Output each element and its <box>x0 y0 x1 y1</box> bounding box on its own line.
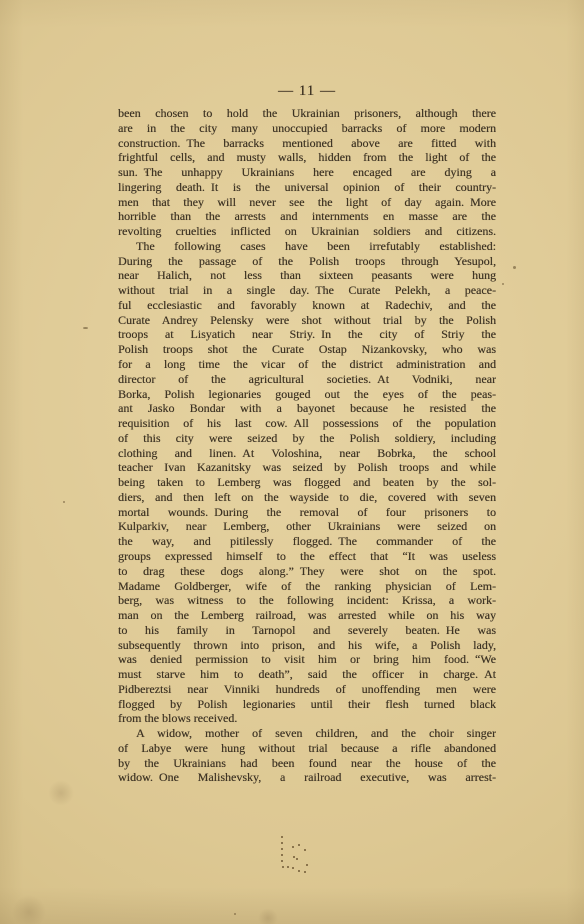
scan-smudge <box>12 895 46 924</box>
text-line: lingering death. It is the universal opi… <box>118 180 496 195</box>
text-line: men that they will never see the light o… <box>118 195 496 210</box>
stamp-dot <box>296 858 298 860</box>
text-line: Curate Andrey Pelensky were shot without… <box>118 313 496 328</box>
paragraph: The following cases have been irrefutabl… <box>118 239 496 726</box>
scan-smudge <box>48 780 74 806</box>
text-line: to drag these dogs along.” They were sho… <box>118 564 496 579</box>
scan-speck <box>83 327 88 329</box>
text-line: Polish troops shot the Curate Ostap Niza… <box>118 342 496 357</box>
stamp-dot <box>287 866 289 868</box>
text-line: mortal wounds. During the removal of fou… <box>118 505 496 520</box>
text-line: subsequently thrown into prison, and his… <box>118 638 496 653</box>
text-line: frightful cells, and musty walls, hidden… <box>118 150 496 165</box>
text-line: by the Ukrainians had been found near th… <box>118 756 496 771</box>
text-line: of Labye were hung without trial because… <box>118 741 496 756</box>
paragraph: A widow, mother of seven children, and t… <box>118 726 496 785</box>
text-line: During the passage of the Polish troops … <box>118 254 496 269</box>
scanned-book-page: — 11 — been chosen to hold the Ukrainian… <box>0 0 584 924</box>
text-line: man on the Lemberg railroad, was arreste… <box>118 608 496 623</box>
text-line: A widow, mother of seven children, and t… <box>118 726 496 741</box>
text-line: Pidbereztsi near Vinniki hundreds of uno… <box>118 682 496 697</box>
text-line: been chosen to hold the Ukrainian prison… <box>118 106 496 121</box>
text-line: director of the agricultural societies. … <box>118 372 496 387</box>
stamp-dot <box>281 854 283 856</box>
text-line: flogged by Polish legionaries until thei… <box>118 697 496 712</box>
text-line: ant Jasko Bondar with a bayonet because … <box>118 401 496 416</box>
stamp-dot <box>281 860 283 862</box>
text-line: widow. One Malishevsky, a railroad execu… <box>118 770 496 785</box>
text-line: without trial in a single day. The Curat… <box>118 283 496 298</box>
scan-speck <box>502 283 504 285</box>
stamp-dot <box>281 848 283 850</box>
stamp-dot <box>298 870 300 872</box>
text-line: requisition of his last cow. All possess… <box>118 416 496 431</box>
text-line: the way, and pitilessly flogged. The com… <box>118 534 496 549</box>
text-line: clothing and linen. At Voloshina, near B… <box>118 446 496 461</box>
scan-speck <box>145 171 147 173</box>
text-line: The following cases have been irrefutabl… <box>118 239 496 254</box>
text-line: sun. The unhappy Ukrainians here encaged… <box>118 165 496 180</box>
stamp-dot <box>292 846 294 848</box>
text-line: ful ecclesiastic and favorably known at … <box>118 298 496 313</box>
text-line: troops at Lisyatich near Striy. In the c… <box>118 327 496 342</box>
text-line: for a long time the vicar of the distric… <box>118 357 496 372</box>
text-line: horrible than the arrests and internment… <box>118 209 496 224</box>
paragraph: been chosen to hold the Ukrainian prison… <box>118 106 496 239</box>
page-number: — 11 — <box>118 83 496 100</box>
text-line: Madame Goldberger, wife of the ranking p… <box>118 579 496 594</box>
scan-speck <box>513 266 516 269</box>
text-block: been chosen to hold the Ukrainian prison… <box>118 106 496 785</box>
text-line: from the blows received. <box>118 711 496 726</box>
stamp-dot <box>304 849 306 851</box>
text-line: near Halich, not less than sixteen peasa… <box>118 268 496 283</box>
scan-speck <box>63 501 65 503</box>
text-line: of this city were seized by the Polish s… <box>118 431 496 446</box>
text-line: to his family in Tarnopol and severely b… <box>118 623 496 638</box>
text-line: revolting cruelties inflicted on Ukraini… <box>118 224 496 239</box>
text-line: teacher Ivan Kazanitsky was seized by Po… <box>118 460 496 475</box>
text-line: must starve him to death”, said the offi… <box>118 667 496 682</box>
text-line: was denied permission to visit him or br… <box>118 652 496 667</box>
stamp-dot <box>281 842 283 844</box>
scan-smudge <box>258 908 278 924</box>
stamp-dot <box>293 856 295 858</box>
stamp-dot <box>298 844 300 846</box>
stamp-dot <box>281 836 283 838</box>
text-line: are in the city many unoccupied barracks… <box>118 121 496 136</box>
text-line: diers, and then left on the wayside to d… <box>118 490 496 505</box>
text-line: Kulparkiv, near Lemberg, other Ukrainian… <box>118 519 496 534</box>
stamp-dot <box>306 864 308 866</box>
text-line: groups expressed himself to the effect t… <box>118 549 496 564</box>
stamp-dot <box>304 871 306 873</box>
text-line: being taken to Lemberg was flogged and b… <box>118 475 496 490</box>
stamp-dot <box>282 866 284 868</box>
scan-speck <box>234 913 236 915</box>
text-line: construction. The barracks mentioned abo… <box>118 136 496 151</box>
text-line: berg, was witness to the following incid… <box>118 593 496 608</box>
text-line: Borka, Polish legionaries gouged out the… <box>118 387 496 402</box>
stamp-dot <box>292 867 294 869</box>
